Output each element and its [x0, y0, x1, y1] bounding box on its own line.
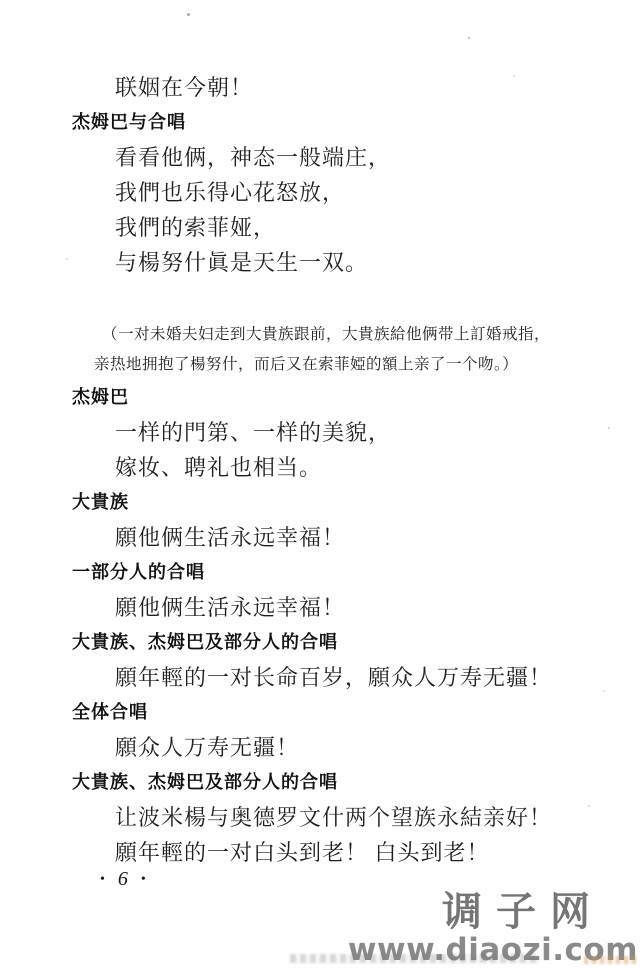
scan-speck — [66, 258, 68, 260]
lyric-line: 与楊努什眞是天生一双。 — [115, 245, 620, 280]
faint-underprint-orange — [584, 956, 636, 964]
page-number-dot-left: • — [100, 873, 105, 887]
lyric-line: 联姻在今朝！ — [115, 70, 620, 105]
lyric-line: 願年輕的一对长命百岁，願众人万寿无疆！ — [115, 660, 620, 695]
lyric-line: 願他俩生活永远幸福！ — [115, 520, 620, 555]
watermark-url-text: www.diaozi.com — [348, 932, 638, 968]
faint-underprint-text — [290, 954, 540, 963]
speaker-heading: 一部分人的合唱 — [72, 555, 620, 590]
lyric-line: 嫁妆、聘礼也相当。 — [115, 450, 620, 485]
speaker-heading: 杰姆巴 — [72, 380, 620, 415]
lyric-line: 看看他俩，神态一般端庄， — [115, 140, 620, 175]
lyric-line: 我們的索菲娅， — [115, 210, 620, 245]
speaker-heading: 大貴族、杰姆巴及部分人的合唱 — [72, 765, 620, 800]
lyric-line: 一样的門第、一样的美貌， — [115, 415, 620, 450]
watermark-site-url: www.diaozi.com — [348, 934, 638, 967]
speaker-heading: 大貴族 — [72, 485, 620, 520]
lyric-line: 願他俩生活永远幸福！ — [115, 590, 620, 625]
stage-direction-line: 亲热地拥抱了楊努什，而后又在索菲婭的額上亲了一个吻。） — [94, 350, 620, 380]
scan-speck — [588, 805, 590, 807]
watermark-site-name: 调子网 — [348, 890, 604, 934]
scan-speck — [187, 13, 190, 16]
scan-speck — [608, 427, 610, 429]
scan-speck — [468, 37, 470, 39]
page-number: • 6 • — [100, 868, 146, 891]
scan-speck — [603, 690, 605, 692]
lyric-line: 願众人万寿无疆！ — [115, 730, 620, 765]
site-watermark: 调子网 www.diaozi.com — [348, 890, 640, 967]
page-number-dot-right: • — [141, 873, 146, 887]
speaker-heading: 大貴族、杰姆巴及部分人的合唱 — [72, 625, 620, 660]
lyric-line: 我們也乐得心花怒放， — [115, 175, 620, 210]
stage-direction-line: （一对未婚夫妇走到大貴族跟前，大貴族給他俩带上訂婚戒指， — [102, 320, 620, 350]
libretto-text-block: 联姻在今朝！ 杰姆巴与合唱 看看他俩，神态一般端庄， 我們也乐得心花怒放， 我們… — [72, 70, 620, 870]
lyric-line: 让波米楊与奥德罗文什两个望族永結亲好！ — [115, 800, 620, 835]
scan-speck — [513, 75, 515, 77]
lyric-line: 願年輕的一对白头到老！ 白头到老！ — [115, 835, 620, 870]
speaker-heading: 杰姆巴与合唱 — [72, 105, 620, 140]
speaker-heading: 全体合唱 — [72, 695, 620, 730]
page-number-value: 6 — [118, 868, 128, 891]
scanned-book-page: 联姻在今朝！ 杰姆巴与合唱 看看他俩，神态一般端庄， 我們也乐得心花怒放， 我們… — [0, 0, 640, 973]
